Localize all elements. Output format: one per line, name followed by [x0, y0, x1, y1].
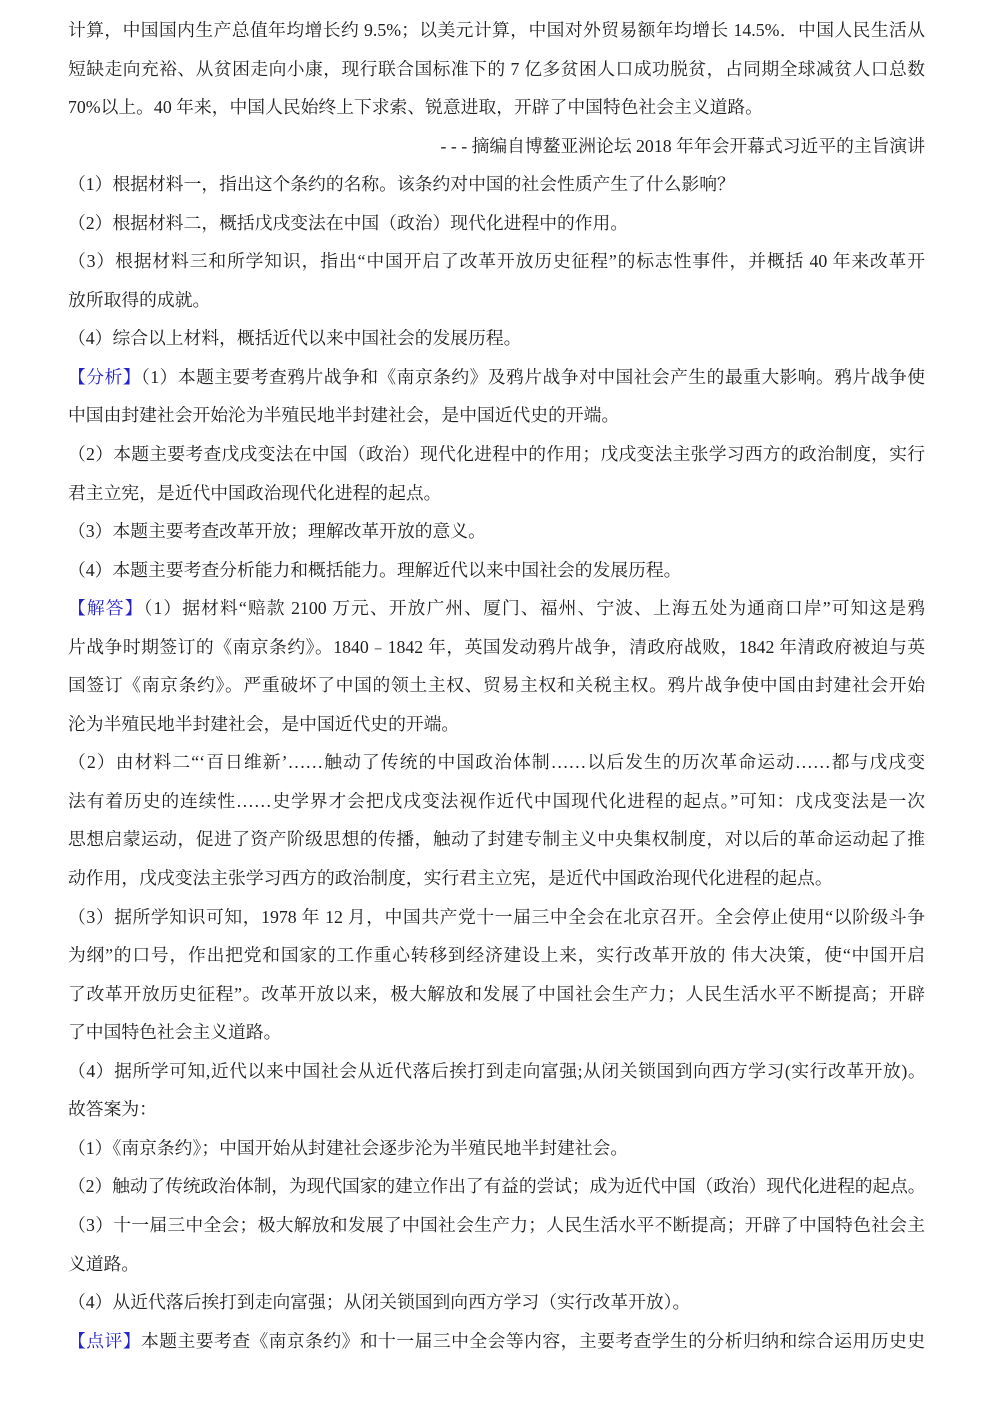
- line-text: 本题主要考查《南京条约》和十一届三中全会等内容，主要考查学生的分析归纳和综合运用…: [141, 1331, 925, 1351]
- text-line: 了中国特色社会主义道路。: [68, 1013, 925, 1052]
- line-text: 70%以上。40 年来，中国人民始终上下求索、锐意进取，开辟了中国特色社会主义道…: [68, 97, 763, 117]
- line-text: 义道路。: [68, 1254, 139, 1274]
- text-line: - - - 摘编自博鳌亚洲论坛 2018 年年会开幕式习近平的主旨演讲: [68, 127, 925, 166]
- line-text: 计算，中国国内生产总值年均增长约 9.5%；以美元计算，中国对外贸易额年均增长 …: [68, 20, 925, 40]
- line-text: （2）触动了传统政治体制，为现代国家的建立作出了有益的尝试；成为近代中国（政治）…: [68, 1176, 925, 1196]
- line-text: 国签订《南京条约》。严重破坏了中国的领土主权、贸易主权和关税主权。鸦片战争使中国…: [68, 675, 925, 695]
- line-text: - - - 摘编自博鳌亚洲论坛 2018 年年会开幕式习近平的主旨演讲: [440, 136, 925, 156]
- text-line: 【解答】（1）据材料“赔款 2100 万元、开放广州、厦门、福州、宁波、上海五处…: [68, 589, 925, 628]
- line-text: （2）本题主要考查戊戌变法在中国（政治）现代化进程中的作用；戊戌变法主张学习西方…: [68, 444, 925, 464]
- text-line: 法有着历史的连续性……史学界才会把戊戌变法视作近代中国现代化进程的起点。”可知：…: [68, 782, 925, 821]
- line-text: （2）根据材料二，概括戊戌变法在中国（政治）现代化进程中的作用。: [68, 213, 628, 233]
- line-text: 中国由封建社会开始沦为半殖民地半封建社会，是中国近代史的开端。: [68, 405, 619, 425]
- text-line: （2）本题主要考查戊戌变法在中国（政治）现代化进程中的作用；戊戌变法主张学习西方…: [68, 435, 925, 474]
- text-line: 义道路。: [68, 1245, 925, 1284]
- line-text: 了中国特色社会主义道路。: [68, 1022, 281, 1042]
- line-text: 君主立宪，是近代中国政治现代化进程的起点。: [68, 483, 441, 503]
- line-text: 了改革开放历史征程”。改革开放以来，极大解放和发展了中国社会生产力；人民生活水平…: [68, 984, 925, 1004]
- line-text: （2）由材料二“‘百日维新’……触动了传统的中国政治体制……以后发生的历次革命运…: [68, 752, 925, 772]
- line-text: （1）《南京条约》；中国开始从封建社会逐步沦为半殖民地半封建社会。: [68, 1138, 628, 1158]
- text-line: 【分析】（1）本题主要考查鸦片战争和《南京条约》及鸦片战争对中国社会产生的最重大…: [68, 358, 925, 397]
- line-text: （1）根据材料一，指出这个条约的名称。该条约对中国的社会性质产生了什么影响？: [68, 174, 735, 194]
- line-text: 片战争时期签订的《南京条约》。1840﹣1842 年，英国发动鸦片战争，清政府战…: [68, 637, 925, 657]
- text-line: （4）据所学可知,近代以来中国社会从近代落后挨打到走向富强;从闭关锁国到向西方学…: [68, 1052, 925, 1091]
- text-line: 沦为半殖民地半封建社会，是中国近代史的开端。: [68, 705, 925, 744]
- document-page: 计算，中国国内生产总值年均增长约 9.5%；以美元计算，中国对外贸易额年均增长 …: [0, 0, 992, 1403]
- line-text: （1）本题主要考查鸦片战争和《南京条约》及鸦片战争对中国社会产生的最重大影响。鸦…: [141, 367, 925, 387]
- line-text: 法有着历史的连续性……史学界才会把戊戌变法视作近代中国现代化进程的起点。”可知：…: [68, 791, 925, 811]
- line-text: 沦为半殖民地半封建社会，是中国近代史的开端。: [68, 714, 459, 734]
- line-text: 动作用，戊戌变法主张学习西方的政治制度，实行君主立宪，是近代中国政治现代化进程的…: [68, 868, 833, 888]
- text-line: 动作用，戊戌变法主张学习西方的政治制度，实行君主立宪，是近代中国政治现代化进程的…: [68, 859, 925, 898]
- line-text: （4）据所学可知,近代以来中国社会从近代落后挨打到走向富强;从闭关锁国到向西方学…: [68, 1061, 925, 1081]
- text-line: （3）本题主要考查改革开放；理解改革开放的意义。: [68, 512, 925, 551]
- text-line: 思想启蒙运动，促进了资产阶级思想的传播，触动了封建专制主义中央集权制度，对以后的…: [68, 820, 925, 859]
- text-line: （2）根据材料二，概括戊戌变法在中国（政治）现代化进程中的作用。: [68, 204, 925, 243]
- text-line: 中国由封建社会开始沦为半殖民地半封建社会，是中国近代史的开端。: [68, 396, 925, 435]
- text-line: （2）由材料二“‘百日维新’……触动了传统的中国政治体制……以后发生的历次革命运…: [68, 743, 925, 782]
- text-line: 为纲”的口号，作出把党和国家的工作重心转移到经济建设上来，实行改革开放的 伟大决…: [68, 936, 925, 975]
- line-text: 短缺走向充裕、从贫困走向小康，现行联合国标准下的 7 亿多贫困人口成功脱贫，占同…: [68, 59, 925, 79]
- text-line: （4）综合以上材料，概括近代以来中国社会的发展历程。: [68, 319, 925, 358]
- line-text: 故答案为：: [68, 1099, 157, 1119]
- text-line: 放所取得的成就。: [68, 281, 925, 320]
- text-line: 计算，中国国内生产总值年均增长约 9.5%；以美元计算，中国对外贸易额年均增长 …: [68, 11, 925, 50]
- text-line: （1）《南京条约》；中国开始从封建社会逐步沦为半殖民地半封建社会。: [68, 1129, 925, 1168]
- line-text: （3）本题主要考查改革开放；理解改革开放的意义。: [68, 521, 486, 541]
- text-line: 了改革开放历史征程”。改革开放以来，极大解放和发展了中国社会生产力；人民生活水平…: [68, 975, 925, 1014]
- line-text: （4）从近代落后挨打到走向富强；从闭关锁国到向西方学习（实行改革开放）。: [68, 1292, 690, 1312]
- text-line: 片战争时期签订的《南京条约》。1840﹣1842 年，英国发动鸦片战争，清政府战…: [68, 628, 925, 667]
- text-line: 国签订《南京条约》。严重破坏了中国的领土主权、贸易主权和关税主权。鸦片战争使中国…: [68, 666, 925, 705]
- line-text: （4）综合以上材料，概括近代以来中国社会的发展历程。: [68, 328, 521, 348]
- text-line: （3）十一届三中全会；极大解放和发展了中国社会生产力；人民生活水平不断提高；开辟…: [68, 1206, 925, 1245]
- text-line: （1）根据材料一，指出这个条约的名称。该条约对中国的社会性质产生了什么影响？: [68, 165, 925, 204]
- line-text: （3）根据材料三和所学知识，指出“中国开启了改革开放历史征程”的标志性事件，并概…: [68, 251, 925, 271]
- text-line: （3）据所学知识可知，1978 年 12 月，中国共产党十一届三中全会在北京召开…: [68, 898, 925, 937]
- line-text: （3）十一届三中全会；极大解放和发展了中国社会生产力；人民生活水平不断提高；开辟…: [68, 1215, 925, 1235]
- line-text: 思想启蒙运动，促进了资产阶级思想的传播，触动了封建专制主义中央集权制度，对以后的…: [68, 829, 925, 849]
- section-label: 【点评】: [68, 1331, 141, 1351]
- text-line: 故答案为：: [68, 1090, 925, 1129]
- text-line: （3）根据材料三和所学知识，指出“中国开启了改革开放历史征程”的标志性事件，并概…: [68, 242, 925, 281]
- text-line: （4）从近代落后挨打到走向富强；从闭关锁国到向西方学习（实行改革开放）。: [68, 1283, 925, 1322]
- line-text: （1）据材料“赔款 2100 万元、开放广州、厦门、福州、宁波、上海五处为通商口…: [143, 598, 925, 618]
- line-text: （3）据所学知识可知，1978 年 12 月，中国共产党十一届三中全会在北京召开…: [68, 907, 925, 927]
- line-text: （4）本题主要考查分析能力和概括能力。理解近代以来中国社会的发展历程。: [68, 560, 681, 580]
- text-line: 【点评】本题主要考查《南京条约》和十一届三中全会等内容，主要考查学生的分析归纳和…: [68, 1322, 925, 1361]
- section-label: 【解答】: [68, 598, 143, 618]
- text-line: 君主立宪，是近代中国政治现代化进程的起点。: [68, 474, 925, 513]
- text-line: 70%以上。40 年来，中国人民始终上下求索、锐意进取，开辟了中国特色社会主义道…: [68, 88, 925, 127]
- text-line: （2）触动了传统政治体制，为现代国家的建立作出了有益的尝试；成为近代中国（政治）…: [68, 1167, 925, 1206]
- text-line: （4）本题主要考查分析能力和概括能力。理解近代以来中国社会的发展历程。: [68, 551, 925, 590]
- line-text: 放所取得的成就。: [68, 290, 210, 310]
- text-line: 短缺走向充裕、从贫困走向小康，现行联合国标准下的 7 亿多贫困人口成功脱贫，占同…: [68, 50, 925, 89]
- line-text: 为纲”的口号，作出把党和国家的工作重心转移到经济建设上来，实行改革开放的 伟大决…: [68, 945, 925, 965]
- section-label: 【分析】: [68, 367, 141, 387]
